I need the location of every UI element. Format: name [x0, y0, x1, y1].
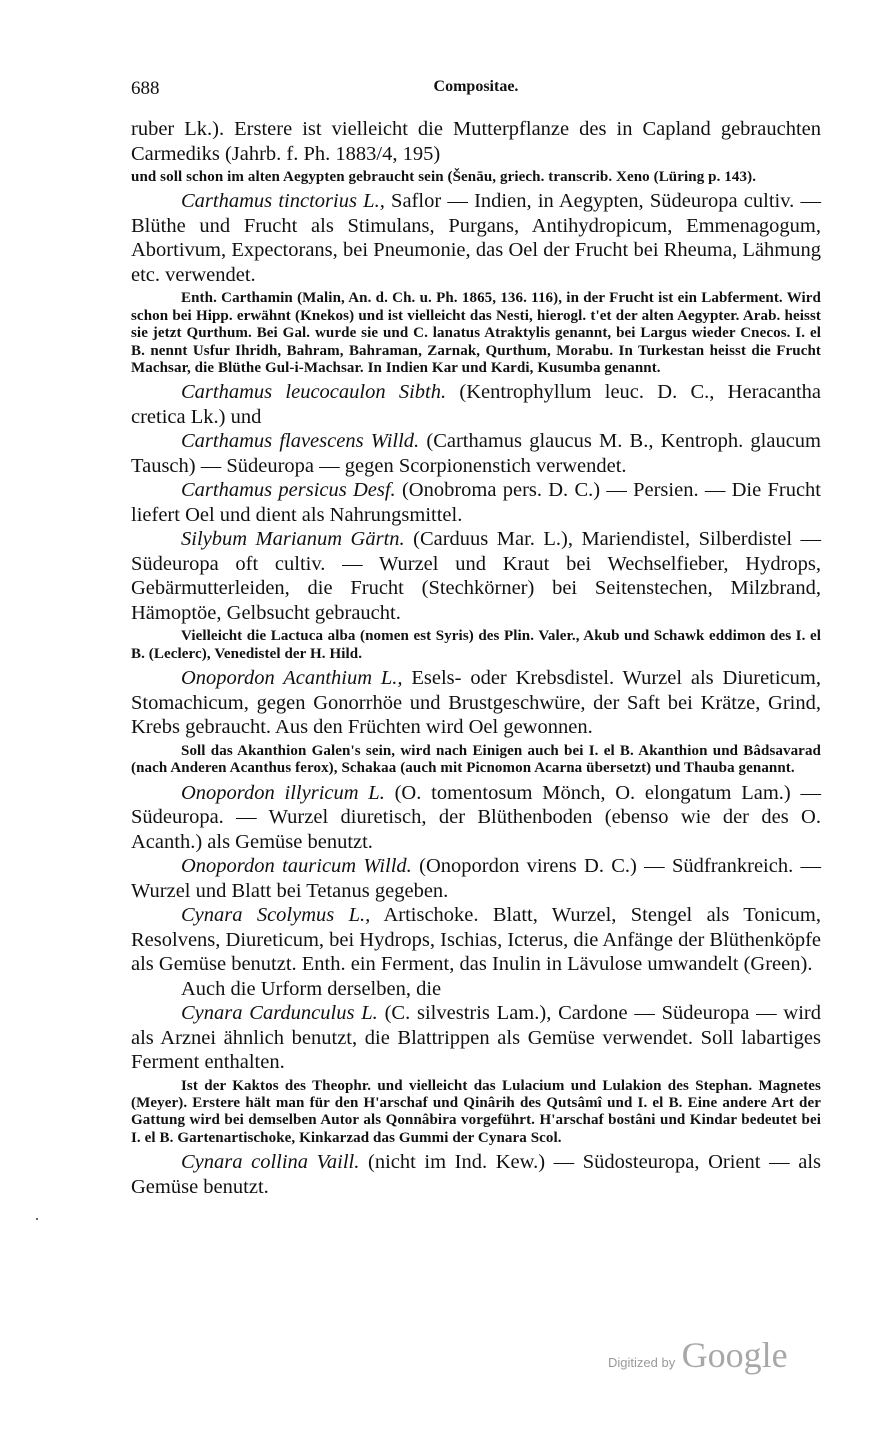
species-entry: Carthamus flavescens Willd. (Carthamus g…	[131, 429, 821, 478]
scan-speck	[788, 636, 791, 639]
footnote-paragraph: und soll schon im alten Aegypten gebrauc…	[131, 169, 821, 186]
species-entry: Carthamus leucocaulon Sibth. (Kentrophyl…	[131, 380, 821, 429]
species-name: Onopordon Acanthium L.,	[181, 667, 403, 689]
digitized-by-google-watermark: Digitized by Google	[608, 1334, 788, 1376]
species-name: Carthamus flavescens Willd.	[181, 430, 419, 452]
paragraph: Auch die Urform derselben, die	[131, 977, 821, 1002]
species-entry: Carthamus persicus Desf. (Onobroma pers.…	[131, 478, 821, 527]
species-entry: Cynara Cardunculus L. (C. silvestris Lam…	[131, 1001, 821, 1075]
species-entry: Cynara collina Vaill. (nicht im Ind. Kew…	[131, 1150, 821, 1199]
footnote-paragraph: Vielleicht die Lactuca alba (nomen est S…	[131, 628, 821, 663]
footnote-paragraph: Ist der Kaktos des Theophr. und vielleic…	[131, 1078, 821, 1148]
species-entry: Onopordon tauricum Willd. (Onopordon vir…	[131, 854, 821, 903]
species-name: Silybum Marianum Gärtn.	[181, 528, 405, 550]
species-name: Carthamus leucocaulon Sibth.	[181, 381, 446, 403]
paragraph: ruber Lk.). Erstere ist vielleicht die M…	[131, 117, 821, 166]
watermark-prefix: Digitized by	[608, 1355, 675, 1370]
species-entry: Onopordon Acanthium L., Esels- oder Kreb…	[131, 666, 821, 740]
species-name: Cynara Cardunculus L.	[181, 1002, 378, 1024]
species-name: Cynara collina Vaill.	[181, 1151, 359, 1173]
footnote-paragraph: Soll das Akanthion Galen's sein, wird na…	[131, 743, 821, 778]
scan-speck	[36, 1218, 38, 1220]
species-name: Carthamus persicus Desf.	[181, 479, 396, 501]
species-name: Onopordon tauricum Willd.	[181, 855, 412, 877]
species-name: Onopordon illyricum L.	[181, 782, 385, 804]
google-logo-text: Google	[682, 1335, 788, 1375]
species-entry: Silybum Marianum Gärtn. (Carduus Mar. L.…	[131, 527, 821, 625]
species-entry: Cynara Scolymus L., Artischoke. Blatt, W…	[131, 903, 821, 977]
page-header: 688 Compositae.	[131, 78, 821, 102]
species-entry: Onopordon illyricum L. (O. tomentosum Mö…	[131, 781, 821, 855]
species-name: Cynara Scolymus L.,	[181, 904, 370, 926]
page-body: ruber Lk.). Erstere ist vielleicht die M…	[131, 117, 821, 1199]
running-title: Compositae.	[131, 78, 821, 96]
species-entry: Carthamus tinctorius L., Saflor — Indien…	[131, 189, 821, 287]
footnote-paragraph: Enth. Carthamin (Malin, An. d. Ch. u. Ph…	[131, 290, 821, 377]
species-name: Carthamus tinctorius L.,	[181, 190, 385, 212]
